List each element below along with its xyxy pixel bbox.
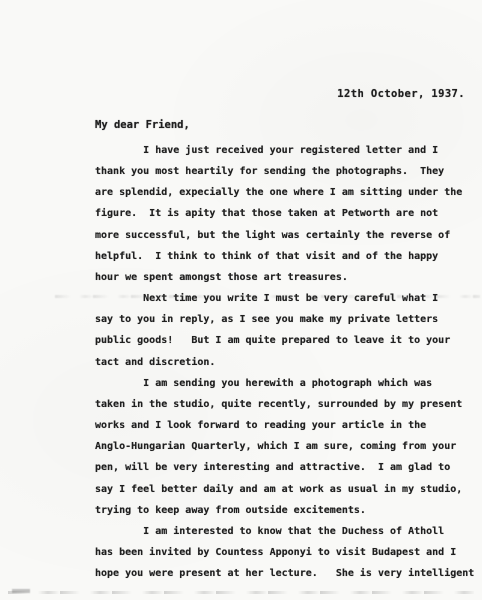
letter-salutation: My dear Friend,: [95, 119, 190, 131]
scan-smudge-corner: [12, 589, 30, 593]
letter-date: 12th October, 1937.: [337, 88, 465, 100]
scan-smudge-line-bottom: [8, 591, 474, 594]
letter-page: 12th October, 1937. My dear Friend, I ha…: [0, 0, 482, 600]
letter-body: I have just received your registered let…: [95, 140, 477, 584]
